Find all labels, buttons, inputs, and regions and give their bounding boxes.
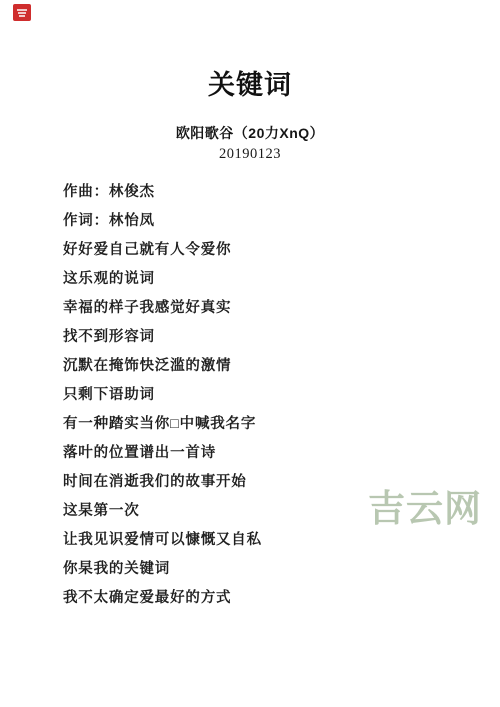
lyric-line: 只剩下语助词 (63, 379, 480, 408)
lyric-line: 这乐观的说词 (63, 263, 480, 292)
page-title: 关键词 (0, 68, 500, 102)
lyrics-block: 作曲：林俊杰作词：林怡凤好好爱自己就有人令爱你这乐观的说词幸福的样子我感觉好真实… (63, 176, 480, 611)
lyric-line: 作词：林怡凤 (63, 205, 480, 234)
lyric-line: 好好爱自己就有人令爱你 (63, 234, 480, 263)
lyric-line: 有一种踏实当你□中喊我名字 (63, 408, 480, 437)
lyric-line: 落叶的位置谱出一首诗 (63, 437, 480, 466)
lyric-line: 我不太确定爱最好的方式 (63, 582, 480, 611)
lyric-line: 幸福的样子我感觉好真实 (63, 292, 480, 321)
lyric-line: 沉默在掩饰快泛滥的激情 (63, 350, 480, 379)
lyric-line: 作曲：林俊杰 (63, 176, 480, 205)
date-line: 20190123 (0, 145, 500, 164)
lyric-line: 你杲我的关键词 (63, 553, 480, 582)
lyric-line: 找不到形容词 (63, 321, 480, 350)
document-page: 关键词 欧阳歌谷（20力XnQ） 20190123 作曲：林俊杰作词：林怡凤好好… (0, 0, 500, 707)
byline: 欧阳歌谷（20力XnQ） (0, 123, 500, 143)
red-corner-badge-icon (13, 4, 31, 21)
watermark: 吉云网 (368, 489, 482, 529)
